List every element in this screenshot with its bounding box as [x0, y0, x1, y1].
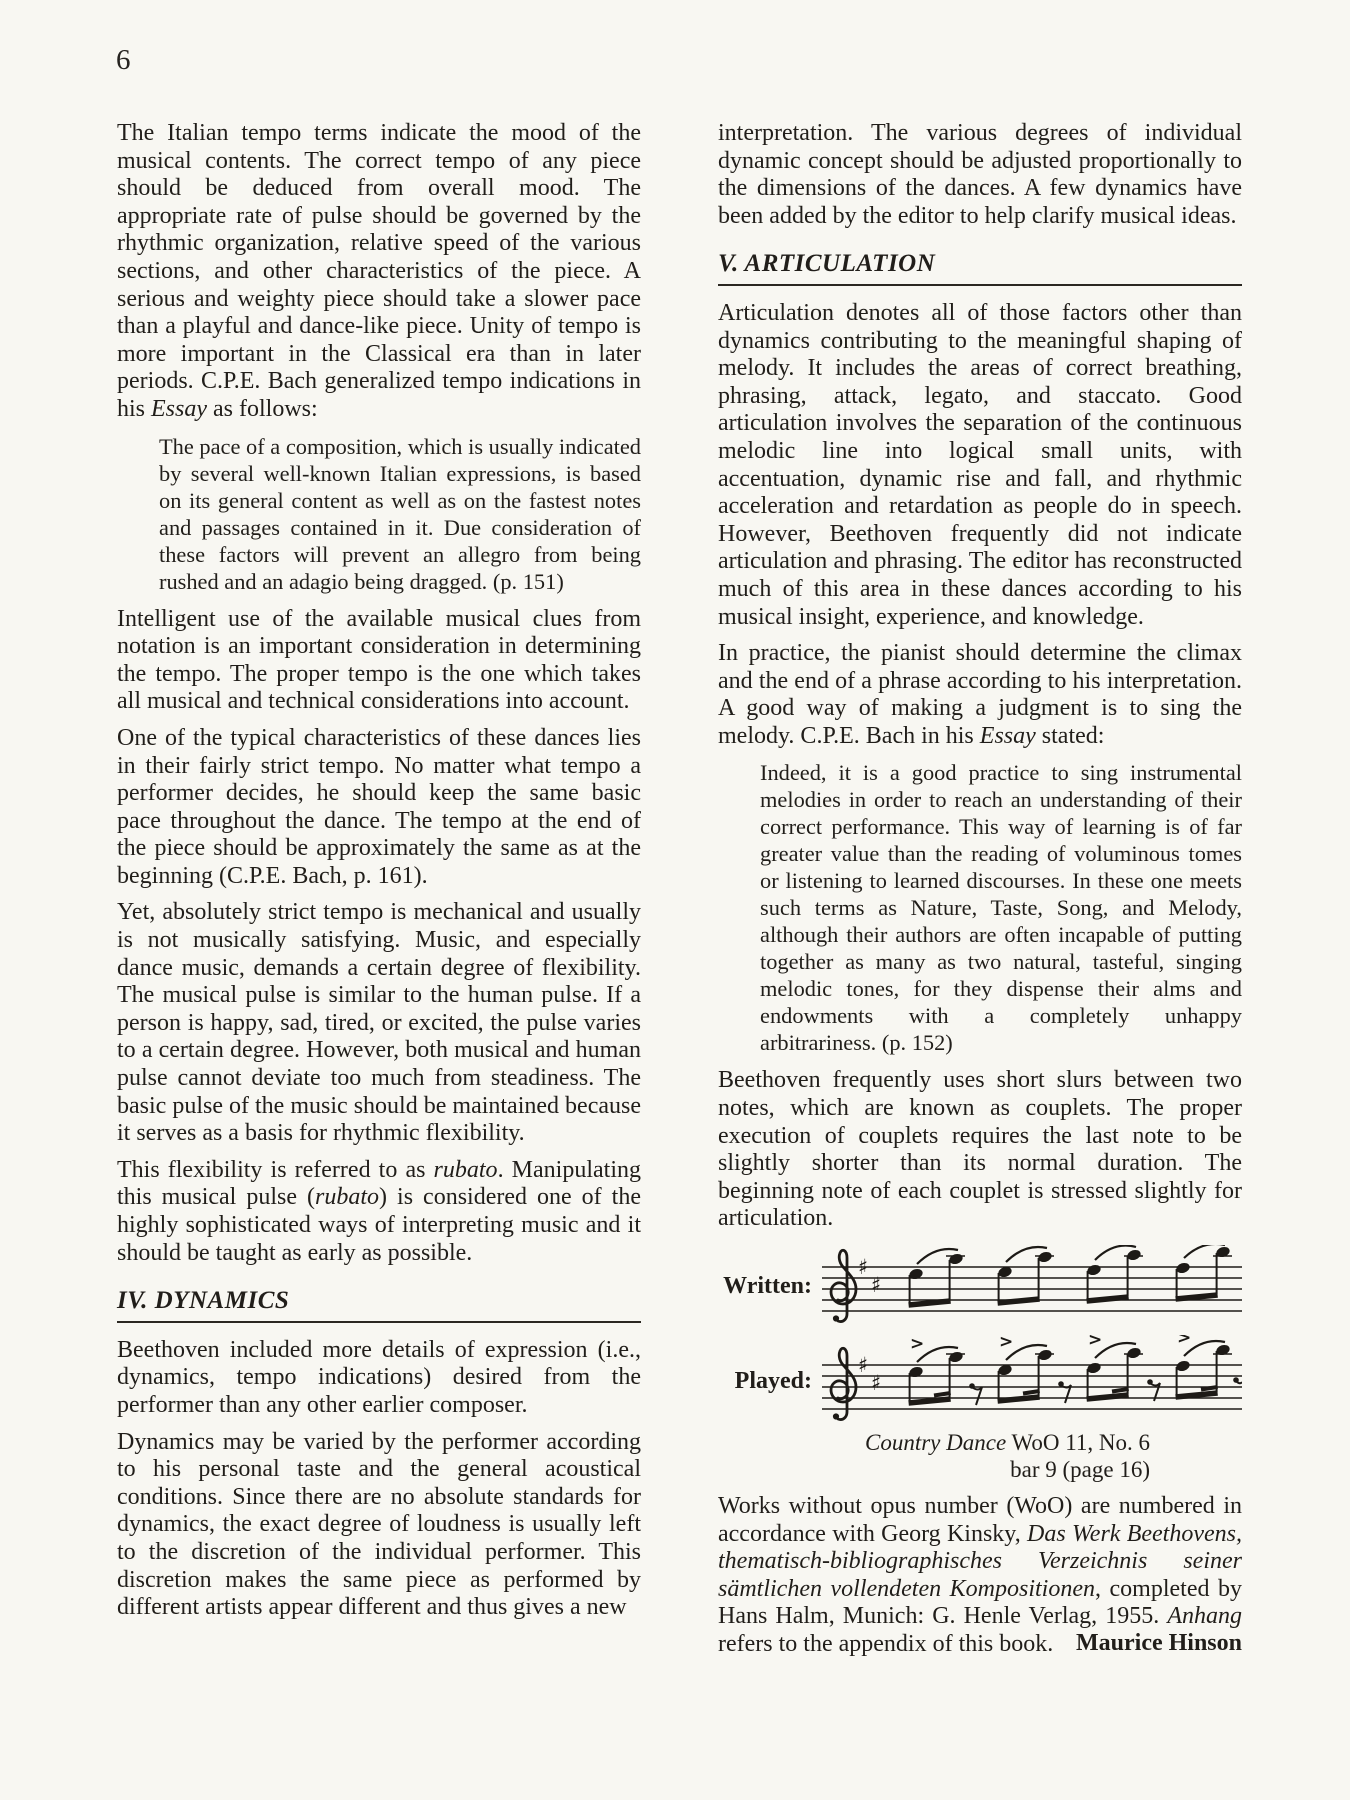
played-label: Played:: [718, 1368, 822, 1395]
paragraph: Yet, absolutely strict tempo is mechanic…: [117, 899, 641, 1147]
block-quote: Indeed, it is a good practice to sing in…: [760, 759, 1242, 1056]
paragraph: This flexibility is referred to as rubat…: [117, 1157, 641, 1267]
svg-text:♯: ♯: [871, 1371, 881, 1395]
block-quote: The pace of a composition, which is usua…: [159, 433, 641, 595]
svg-text:♯: ♯: [858, 1255, 868, 1279]
written-label: Written:: [718, 1273, 822, 1300]
section-heading: IV. DYNAMICS: [117, 1287, 641, 1323]
caption-work-number: WoO 11, No. 6: [1006, 1430, 1150, 1455]
staff-lines: [822, 1267, 1242, 1311]
couplet-1: [908, 1249, 965, 1305]
couplet-4: [1175, 1245, 1232, 1299]
left-column: The Italian tempo terms indicate the moo…: [117, 120, 641, 1631]
written-staff-row: Written: ♯ ♯: [718, 1245, 1242, 1327]
accent-mark: >: [1177, 1335, 1191, 1348]
paragraph: In practice, the pianist should determin…: [718, 640, 1242, 750]
paragraph: interpretation. The various degrees of i…: [718, 120, 1242, 230]
paragraph: Dynamics may be varied by the performer …: [117, 1429, 641, 1622]
written-staff-notation: ♯ ♯: [822, 1245, 1242, 1327]
couplet-3: [1086, 1246, 1143, 1301]
page-number: 6: [116, 44, 131, 77]
paragraph: Works without opus number (WoO) are numb…: [718, 1493, 1242, 1659]
caption-work-title: Country Dance: [865, 1430, 1006, 1455]
couplet-2-accented: >: [997, 1335, 1071, 1403]
staff-lines: [822, 1365, 1242, 1409]
paragraph: Articulation denotes all of those factor…: [718, 300, 1242, 631]
key-signature: ♯ ♯: [858, 1353, 881, 1395]
eighth-rest-icon: [1233, 1377, 1242, 1383]
played-staff-row: Played: ♯ ♯: [718, 1335, 1242, 1427]
eighth-rest-icon: [1058, 1381, 1071, 1403]
paragraph: One of the typical characteristics of th…: [117, 725, 641, 891]
accent-mark: >: [910, 1335, 924, 1354]
svg-text:♯: ♯: [858, 1353, 868, 1377]
played-staff-notation: ♯ ♯ >: [822, 1335, 1242, 1427]
music-example: Written: ♯ ♯: [718, 1245, 1242, 1483]
section-heading: V. ARTICULATION: [718, 250, 1242, 286]
right-column: interpretation. The various degrees of i…: [718, 120, 1242, 1668]
right-column-text-bottom: Works without opus number (WoO) are numb…: [718, 1493, 1242, 1659]
author-signature: Maurice Hinson: [1076, 1630, 1242, 1658]
right-column-text-top: interpretation. The various degrees of i…: [718, 120, 1242, 1233]
caption-line-1: Country Dance WoO 11, No. 6: [718, 1429, 1150, 1456]
couplet-1-accented: >: [908, 1335, 982, 1405]
svg-text:♯: ♯: [871, 1273, 881, 1297]
paragraph: Intelligent use of the available musical…: [117, 606, 641, 716]
caption-line-2: bar 9 (page 16): [718, 1456, 1150, 1483]
couplet-3-accented: >: [1086, 1335, 1160, 1401]
book-page: 6 The Italian tempo terms indicate the m…: [0, 0, 1350, 1800]
music-caption: Country Dance WoO 11, No. 6 bar 9 (page …: [718, 1429, 1242, 1483]
paragraph: The Italian tempo terms indicate the moo…: [117, 120, 641, 424]
paragraph: Beethoven included more details of expre…: [117, 1337, 641, 1420]
couplet-2: [997, 1247, 1054, 1303]
accent-mark: >: [999, 1335, 1013, 1352]
key-signature: ♯ ♯: [858, 1255, 881, 1297]
accent-mark: >: [1088, 1335, 1102, 1350]
paragraph: Beethoven frequently uses short slurs be…: [718, 1067, 1242, 1233]
